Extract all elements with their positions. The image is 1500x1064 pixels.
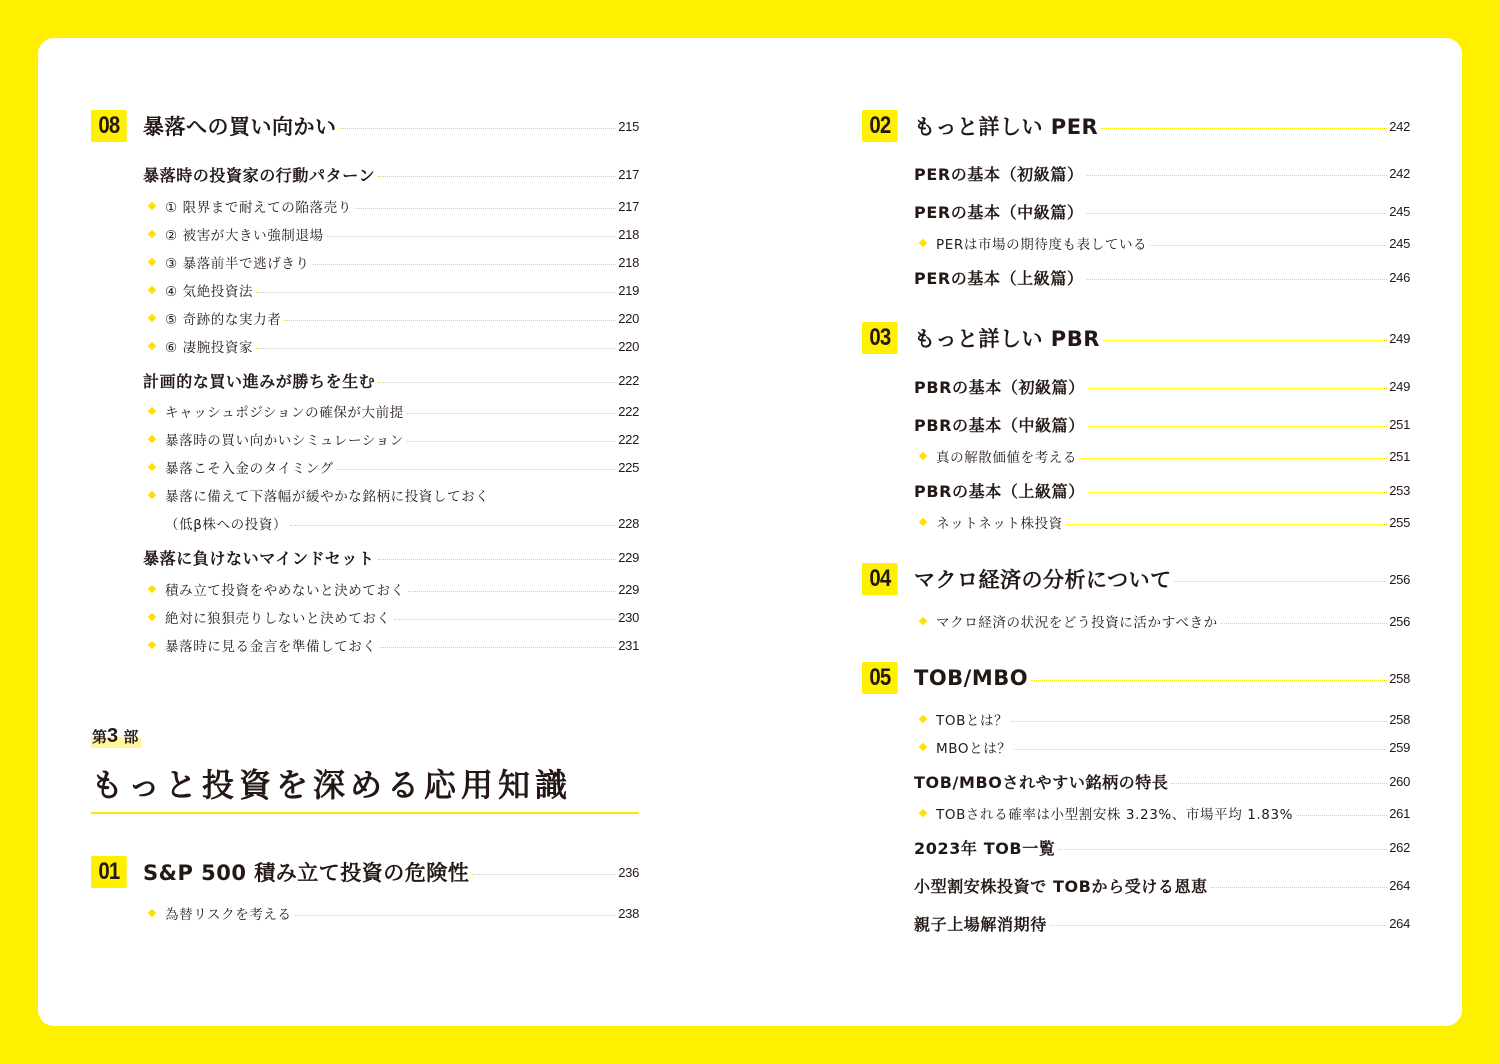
part-label-prefix: 第	[92, 728, 107, 746]
item-title: 真の解散価値を考える	[936, 446, 1077, 466]
diamond-bullet-icon	[148, 909, 156, 917]
page-number: 245	[1389, 204, 1410, 219]
page-number: 261	[1389, 806, 1410, 821]
chapter-title: もっと詳しい PER	[914, 111, 1098, 141]
diamond-bullet-icon	[148, 641, 156, 649]
page-number: 255	[1389, 515, 1410, 530]
chapter-number-badge: 05	[862, 662, 898, 694]
diamond-bullet-icon	[148, 314, 156, 322]
page-number: 217	[618, 199, 639, 214]
page-number: 256	[1389, 614, 1410, 629]
diamond-bullet-icon	[148, 230, 156, 238]
toc-section[interactable]: 暴落時の投資家の行動パターン 217	[91, 161, 639, 187]
toc-section[interactable]: 暴落に負けないマインドセット 229	[91, 544, 639, 570]
item-title: PERは市場の期待度も表している	[936, 233, 1147, 253]
dot-leader	[378, 382, 616, 383]
diamond-bullet-icon	[919, 617, 927, 625]
section-title: TOB/MBOされやすい銘柄の特長	[914, 770, 1168, 793]
toc-section[interactable]: PERの基本（初級篇） 242	[862, 160, 1410, 186]
dot-leader	[284, 320, 616, 321]
page-number: 245	[1389, 236, 1410, 251]
section-title: 小型割安株投資で TOBから受ける恩恵	[914, 874, 1208, 897]
chapter-title: 暴落への買い向かい	[143, 111, 337, 141]
section-title: PERの基本（初級篇）	[914, 162, 1084, 185]
section-title: 親子上場解消期待	[914, 912, 1047, 935]
diamond-bullet-icon	[919, 518, 927, 526]
section-title: PBRの基本（中級篇）	[914, 413, 1085, 436]
section-title: PERの基本（上級篇）	[914, 266, 1084, 289]
item-title: ① 限界まで耐えての陥落売り	[165, 196, 352, 216]
diamond-bullet-icon	[919, 452, 927, 460]
item-title: 暴落に備えて下落幅が緩やかな銘柄に投資しておく	[165, 485, 489, 505]
toc-section[interactable]: 2023年 TOB一覧 262	[862, 834, 1410, 860]
dot-leader	[1087, 175, 1388, 176]
chapter-number-badge: 03	[862, 322, 898, 354]
page-number: 230	[618, 610, 639, 625]
section-title: PERの基本（中級篇）	[914, 200, 1084, 223]
dot-leader	[1296, 815, 1387, 816]
dot-leader	[407, 441, 616, 442]
item-title: MBOとは？	[936, 737, 1011, 757]
page-number: 220	[618, 339, 639, 354]
item-title: ⑤ 奇跡的な実力者	[165, 308, 281, 328]
toc-item[interactable]: 積み立て投資をやめないと決めておく 229	[91, 578, 639, 600]
page-number: 229	[618, 550, 639, 565]
section-title: 計画的な買い進みが勝ちを生む	[143, 369, 375, 392]
page-number: 264	[1389, 916, 1410, 931]
page-number: 260	[1389, 774, 1410, 789]
page-number: 249	[1389, 331, 1410, 346]
dot-leader	[1088, 388, 1387, 389]
diamond-bullet-icon	[148, 463, 156, 471]
item-title: 暴落時に見る金言を準備しておく	[165, 635, 377, 655]
toc-section[interactable]: PERの基本（中級篇） 245	[862, 198, 1410, 224]
dot-leader	[337, 469, 617, 470]
diamond-bullet-icon	[919, 239, 927, 247]
dot-leader	[1103, 340, 1387, 341]
dot-leader	[327, 236, 617, 237]
section-title: 2023年 TOB一覧	[914, 836, 1055, 859]
part-label: 第3 部	[91, 725, 141, 748]
item-title: マクロ経済の状況をどう投資に活かすべきか	[936, 611, 1218, 631]
toc-item[interactable]: 暴落に備えて下落幅が緩やかな銘柄に投資しておく	[91, 484, 639, 506]
toc-chapter-08[interactable]: 08 暴落への買い向かい 215	[91, 108, 639, 144]
page-number: 251	[1389, 417, 1410, 432]
part-title: もっと投資を深める応用知識	[91, 760, 572, 806]
page-number: 246	[1389, 270, 1410, 285]
dot-leader	[1031, 680, 1387, 681]
toc-chapter-05[interactable]: 05 TOB/MBO 258	[862, 660, 1410, 696]
page-number: 242	[1389, 119, 1410, 134]
dot-leader	[472, 874, 616, 875]
toc-section[interactable]: PBRの基本（中級篇） 251	[862, 411, 1410, 437]
part-label-suffix: 部	[123, 728, 138, 746]
section-title: PBRの基本（初級篇）	[914, 375, 1085, 398]
page-number: 258	[1389, 712, 1410, 727]
toc-chapter-02[interactable]: 02 もっと詳しい PER 242	[862, 108, 1410, 144]
dot-leader	[1066, 524, 1387, 525]
dot-leader	[1080, 458, 1387, 459]
dot-leader	[1087, 279, 1388, 280]
toc-chapter-01[interactable]: 01 S&P 500 積み立て投資の危険性 236	[91, 854, 639, 890]
chapter-title: TOB/MBO	[914, 666, 1028, 690]
toc-section[interactable]: PBRの基本（初級篇） 249	[862, 373, 1410, 399]
toc-section[interactable]: 小型割安株投資で TOBから受ける恩恵 264	[862, 872, 1410, 898]
page-number: 256	[1389, 572, 1410, 587]
diamond-bullet-icon	[919, 809, 927, 817]
dot-leader	[1101, 128, 1387, 129]
page-number: 264	[1389, 878, 1410, 893]
toc-section[interactable]: 親子上場解消期待 264	[862, 910, 1410, 936]
dot-leader	[1011, 721, 1387, 722]
toc-item[interactable]: マクロ経済の状況をどう投資に活かすべきか 256	[862, 610, 1410, 632]
chapter-number-badge: 01	[91, 856, 127, 888]
page-number: 242	[1389, 166, 1410, 181]
dot-leader	[378, 176, 616, 177]
dot-leader	[407, 413, 616, 414]
dot-leader	[1087, 213, 1388, 214]
chapter-number-badge: 08	[91, 110, 127, 142]
dot-leader	[1088, 492, 1387, 493]
diamond-bullet-icon	[148, 491, 156, 499]
page-number: 259	[1389, 740, 1410, 755]
toc-item[interactable]: キャッシュポジションの確保が大前提 222	[91, 400, 639, 422]
toc-item[interactable]: ① 限界まで耐えての陥落売り 217	[91, 195, 639, 217]
page-number: 219	[618, 283, 639, 298]
page-number: 258	[1389, 671, 1410, 686]
item-title: ④ 気絶投資法	[165, 280, 253, 300]
page-number: 215	[618, 119, 639, 134]
dot-leader	[1221, 623, 1387, 624]
dot-leader	[1014, 749, 1387, 750]
section-title: 暴落時の投資家の行動パターン	[143, 163, 375, 186]
toc-item[interactable]: ⑤ 奇跡的な実力者 220	[91, 307, 639, 329]
item-title: ⑥ 凄腕投資家	[165, 336, 253, 356]
diamond-bullet-icon	[919, 715, 927, 723]
item-title: ② 被害が大きい強制退場	[165, 224, 324, 244]
part-number: 3	[107, 725, 118, 747]
item-title: ③ 暴落前半で逃げきり	[165, 252, 310, 272]
page-number: 217	[618, 167, 639, 182]
item-title: 為替リスクを考える	[165, 903, 292, 923]
dot-leader	[290, 525, 616, 526]
toc-item[interactable]: ③ 暴落前半で逃げきり 218	[91, 251, 639, 273]
page-number: 225	[618, 460, 639, 475]
dot-leader	[340, 128, 617, 129]
page-number: 231	[618, 638, 639, 653]
toc-item[interactable]: TOBされる確率は小型割安株 3.23%、市場平均 1.83% 261	[862, 802, 1410, 824]
diamond-bullet-icon	[148, 435, 156, 443]
page-number: 262	[1389, 840, 1410, 855]
item-title: キャッシュポジションの確保が大前提	[165, 401, 404, 421]
page-number: 222	[618, 432, 639, 447]
item-title: 絶対に狼狽売りしないと決めておく	[165, 607, 391, 627]
page-number: 229	[618, 582, 639, 597]
toc-item[interactable]: ② 被害が大きい強制退場 218	[91, 223, 639, 245]
dot-leader	[380, 647, 617, 648]
diamond-bullet-icon	[919, 743, 927, 751]
page-number: 218	[618, 255, 639, 270]
toc-item[interactable]: PERは市場の期待度も表している 245	[862, 232, 1410, 254]
dot-leader	[256, 348, 616, 349]
dot-leader	[1175, 581, 1388, 582]
page-number: 238	[618, 906, 639, 921]
chapter-title: マクロ経済の分析について	[914, 564, 1172, 594]
item-title: （低β株への投資）	[146, 513, 287, 533]
diamond-bullet-icon	[148, 202, 156, 210]
dot-leader	[394, 619, 617, 620]
dot-leader	[355, 208, 616, 209]
item-title: TOBされる確率は小型割安株 3.23%、市場平均 1.83%	[936, 803, 1293, 823]
toc-section[interactable]: TOB/MBOされやすい銘柄の特長 260	[862, 768, 1410, 794]
toc-chapter-04[interactable]: 04 マクロ経済の分析について 256	[862, 561, 1410, 597]
page-number: 251	[1389, 449, 1410, 464]
page-number: 249	[1389, 379, 1410, 394]
diamond-bullet-icon	[148, 407, 156, 415]
page-number: 253	[1389, 483, 1410, 498]
toc-section[interactable]: PBRの基本（上級篇） 253	[862, 477, 1410, 503]
item-title: 暴落こそ入金のタイミング	[165, 457, 334, 477]
page-number: 222	[618, 373, 639, 388]
toc-item[interactable]: 暴落こそ入金のタイミング 225	[91, 456, 639, 478]
diamond-bullet-icon	[148, 342, 156, 350]
dot-leader	[1150, 245, 1387, 246]
toc-item[interactable]: 暴落時の買い向かいシミュレーション 222	[91, 428, 639, 450]
chapter-title: もっと詳しい PBR	[914, 323, 1100, 353]
page-number: 222	[618, 404, 639, 419]
section-title: 暴落に負けないマインドセット	[143, 546, 375, 569]
item-title: 積み立て投資をやめないと決めておく	[165, 579, 405, 599]
toc-section[interactable]: 計画的な買い進みが勝ちを生む 222	[91, 367, 639, 393]
toc-item[interactable]: MBOとは？ 259	[862, 736, 1410, 758]
toc-item[interactable]: 為替リスクを考える 238	[91, 902, 639, 924]
section-title: PBRの基本（上級篇）	[914, 479, 1085, 502]
chapter-number-badge: 04	[862, 563, 898, 595]
toc-item[interactable]: ネットネット株投資 255	[862, 511, 1410, 533]
toc-item-continuation[interactable]: （低β株への投資） 228	[91, 512, 639, 534]
dot-leader	[313, 264, 617, 265]
dot-leader	[408, 591, 617, 592]
dot-leader	[378, 559, 617, 560]
part-divider	[91, 812, 639, 814]
item-title: ネットネット株投資	[936, 512, 1063, 532]
item-title: TOBとは？	[936, 709, 1008, 729]
toc-item[interactable]: ⑥ 凄腕投資家 220	[91, 335, 639, 357]
diamond-bullet-icon	[148, 258, 156, 266]
diamond-bullet-icon	[148, 585, 156, 593]
dot-leader	[1171, 783, 1387, 784]
diamond-bullet-icon	[148, 286, 156, 294]
page-number: 220	[618, 311, 639, 326]
toc-item[interactable]: 暴落時に見る金言を準備しておく 231	[91, 634, 639, 656]
dot-leader	[295, 915, 617, 916]
toc-chapter-03[interactable]: 03 もっと詳しい PBR 249	[862, 320, 1410, 356]
dot-leader	[1058, 849, 1387, 850]
toc-section[interactable]: PERの基本（上級篇） 246	[862, 264, 1410, 290]
diamond-bullet-icon	[148, 613, 156, 621]
toc-item[interactable]: ④ 気絶投資法 219	[91, 279, 639, 301]
chapter-number-badge: 02	[862, 110, 898, 142]
dot-leader	[1211, 887, 1388, 888]
item-title: 暴落時の買い向かいシミュレーション	[165, 429, 404, 449]
page-number: 228	[618, 516, 639, 531]
toc-item[interactable]: 絶対に狼狽売りしないと決めておく 230	[91, 606, 639, 628]
chapter-title: S&P 500 積み立て投資の危険性	[143, 857, 469, 887]
toc-item[interactable]: TOBとは？ 258	[862, 708, 1410, 730]
toc-item[interactable]: 真の解散価値を考える 251	[862, 445, 1410, 467]
dot-leader	[1050, 925, 1387, 926]
page-number: 218	[618, 227, 639, 242]
dot-leader	[256, 292, 616, 293]
page-number: 236	[618, 865, 639, 880]
dot-leader	[1088, 426, 1387, 427]
